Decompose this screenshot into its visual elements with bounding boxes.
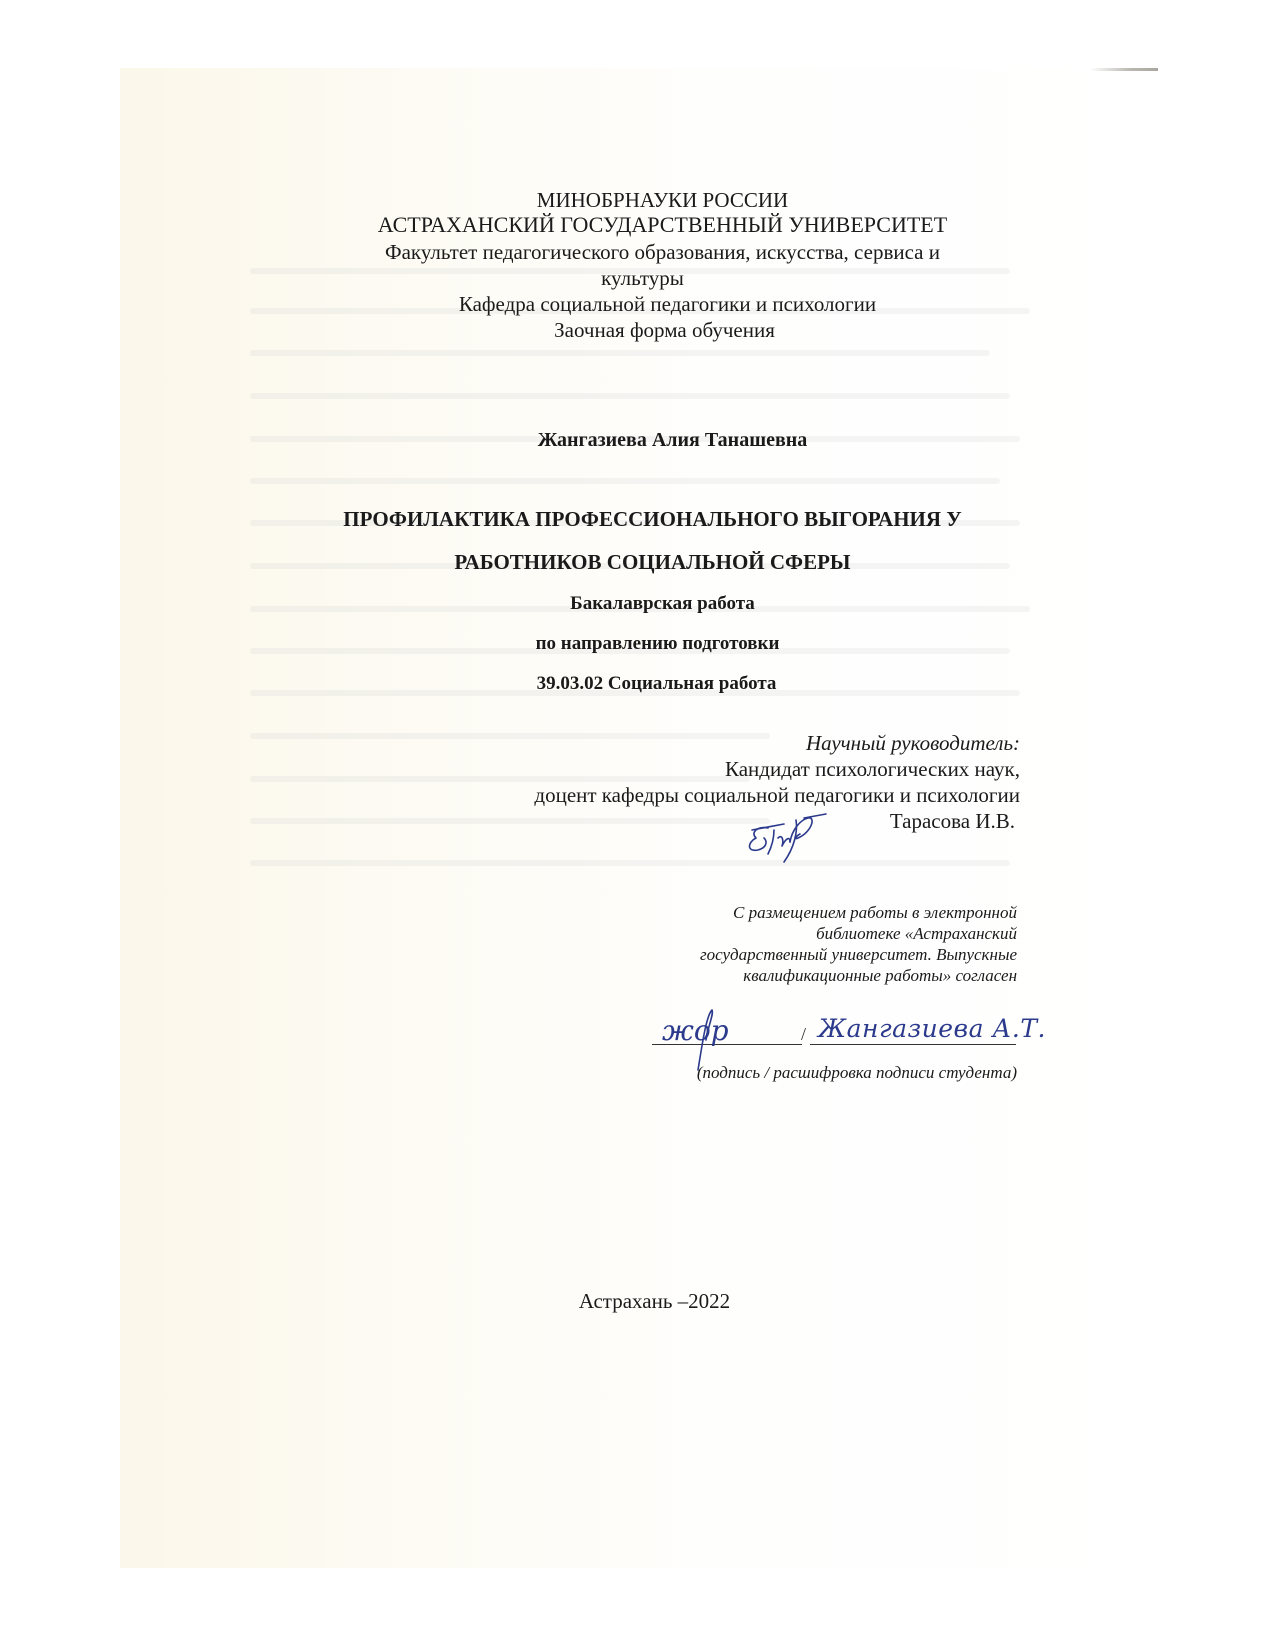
thesis-title-line2: РАБОТНИКОВ СОЦИАЛЬНОЙ СФЕРЫ <box>0 550 1275 574</box>
consent-line: библиотеке «Астраханский <box>700 923 1017 944</box>
bleed-through-mark <box>250 818 770 824</box>
library-consent-statement: С размещением работы в электронной библи… <box>700 902 1017 986</box>
city-year: Астрахань –2022 <box>0 1289 1275 1313</box>
supervisor-label: Научный руководитель: <box>806 731 1020 755</box>
bleed-through-mark <box>250 860 1010 866</box>
direction-label: по направлению подготовки <box>0 632 1275 656</box>
department-name: Кафедра социальной педагогики и психолог… <box>0 292 1275 316</box>
supervisor-name: Тарасова И.В. <box>890 809 1015 833</box>
bleed-through-mark <box>250 393 1010 399</box>
consent-line: С размещением работы в электронной <box>700 902 1017 923</box>
study-form: Заочная форма обучения <box>0 318 1275 342</box>
faculty-name-line2: культуры <box>0 266 1275 290</box>
consent-line: государственный университет. Выпускные <box>700 944 1017 965</box>
supervisor-position: доцент кафедры социальной педагогики и п… <box>534 783 1020 807</box>
signature-caption: (подпись / расшифровка подписи студента) <box>697 1063 1017 1083</box>
signature-separator: / <box>801 1024 806 1045</box>
bleed-through-mark <box>250 733 770 739</box>
signature-decoding-underline <box>810 1044 1016 1045</box>
author-name: Жангазиева Алия Танашевна <box>0 428 1275 452</box>
program-code: 39.03.02 Социальная работа <box>0 672 1275 696</box>
ministry-name: МИНОБРНАУКИ РОССИИ <box>0 188 1275 212</box>
work-type: Бакалаврская работа <box>0 592 1275 616</box>
consent-line: квалификационные работы» согласен <box>700 965 1017 986</box>
bleed-through-mark <box>250 776 750 782</box>
faculty-name-line1: Факультет педагогического образования, и… <box>0 240 1275 264</box>
bleed-through-mark <box>250 350 990 356</box>
bleed-through-mark <box>250 478 1000 484</box>
supervisor-degree: Кандидат психологических наук, <box>725 757 1020 781</box>
thesis-title-line1: ПРОФИЛАКТИКА ПРОФЕССИОНАЛЬНОГО ВЫГОРАНИЯ… <box>0 507 1275 531</box>
university-name: АСТРАХАНСКИЙ ГОСУДАРСТВЕННЫЙ УНИВЕРСИТЕТ <box>0 213 1275 237</box>
student-name-decoded: Жангазиева А.Т. <box>818 1014 1046 1043</box>
paper-edge-shadow <box>1090 68 1158 71</box>
student-signature: жор <box>662 1014 729 1047</box>
